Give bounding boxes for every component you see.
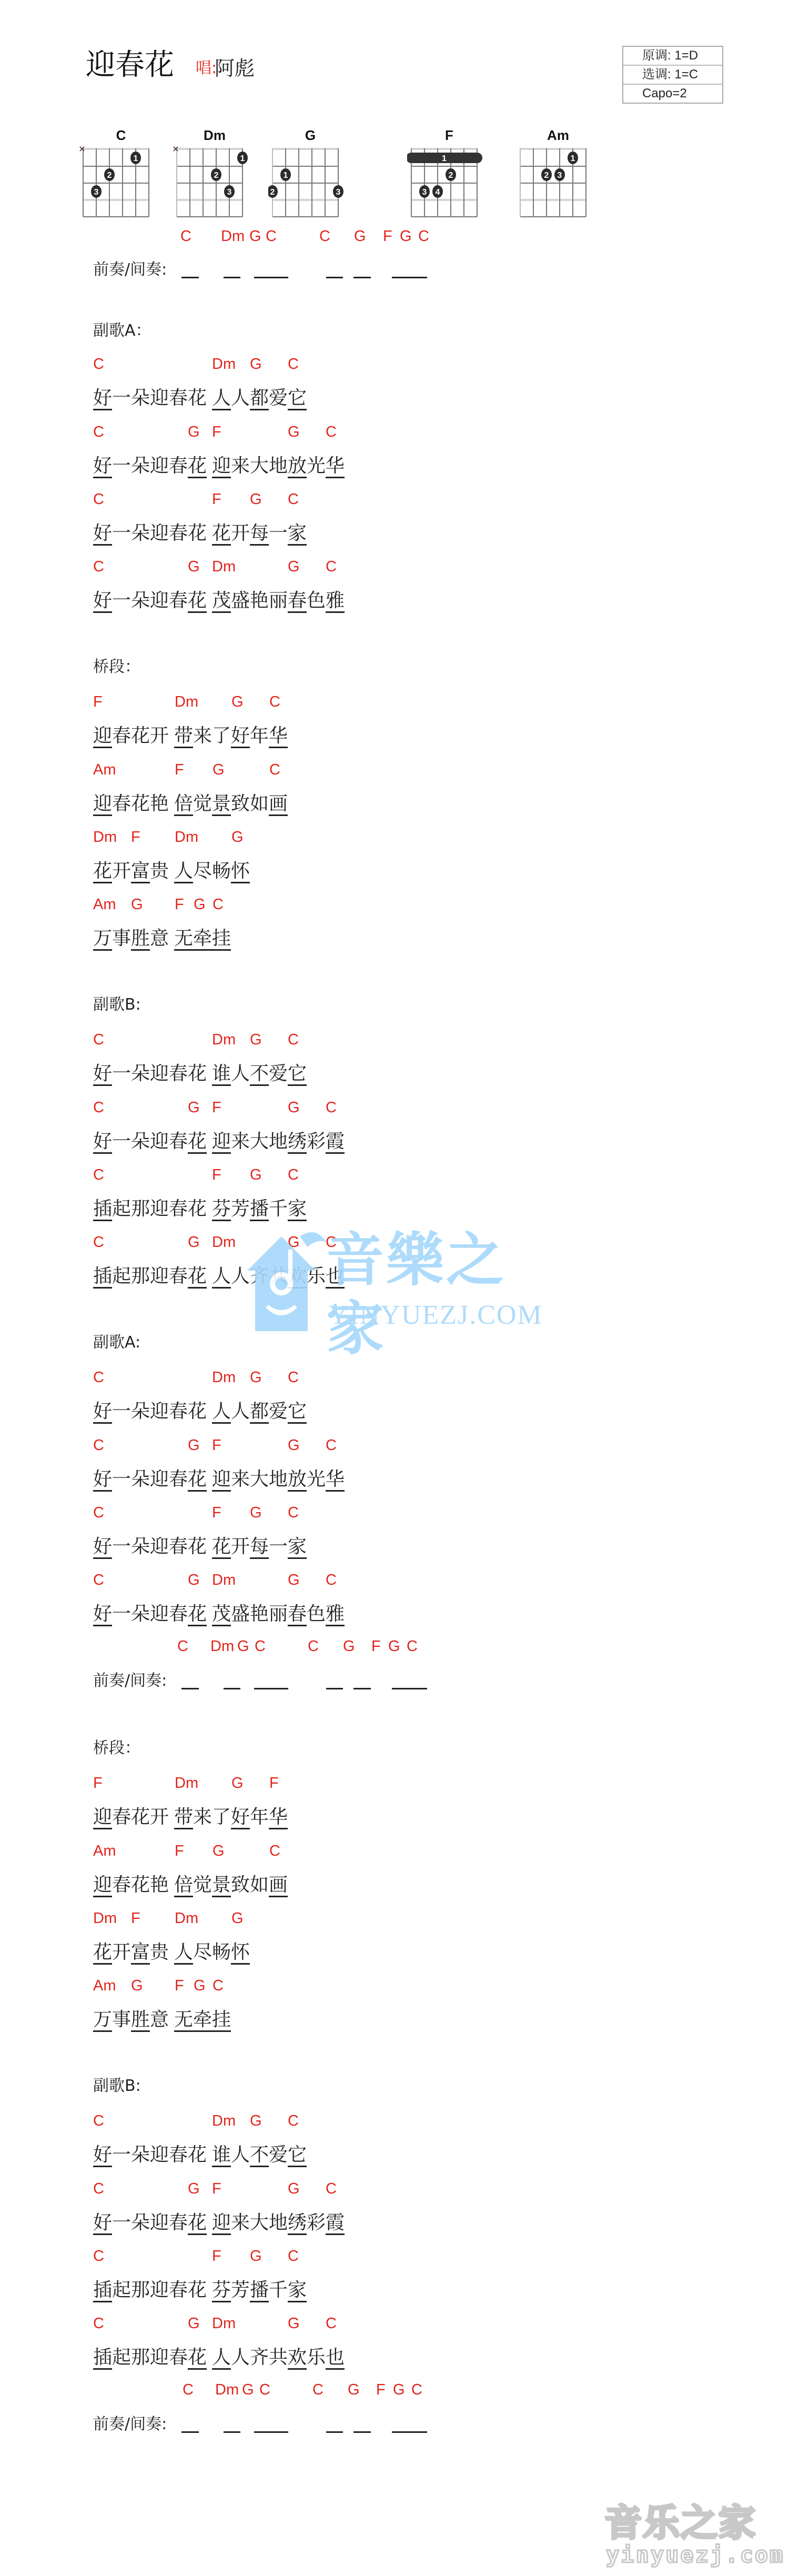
- beat-dash: [326, 277, 343, 278]
- chord-symbol: G: [348, 2382, 360, 2398]
- lyric-char: 花: [131, 726, 150, 747]
- chord-symbol: Am: [93, 897, 116, 912]
- chord-symbol: C: [288, 1167, 299, 1183]
- chord-diagram-name: G: [268, 127, 352, 144]
- lyric-line: 迎春花开带来了好年华: [93, 726, 288, 747]
- lyric-char: 共: [269, 2347, 288, 2368]
- lyric-char: 花: [188, 2280, 207, 2301]
- lyric-char: 来: [231, 1131, 250, 1152]
- lyric-char: 牵: [193, 2009, 212, 2032]
- lyric-char: 也: [326, 2347, 345, 2370]
- muted-string-x-icon: ×: [79, 145, 86, 154]
- chord-symbol: C: [93, 559, 104, 575]
- lyric-line: 好一朵迎春花花开每一家: [93, 1536, 307, 1557]
- lyric-char: 放: [288, 456, 307, 478]
- chord-symbol: G: [400, 228, 412, 244]
- lyric-char: 它: [288, 1401, 307, 1424]
- lyric-char: 好: [231, 726, 250, 748]
- lyric-line: 万事胜意无牵挂: [93, 2009, 231, 2030]
- chord-symbol: Dm: [212, 1370, 236, 1385]
- beat-dash: [353, 2431, 371, 2433]
- chord-symbol: G: [354, 228, 366, 244]
- lyric-char: 人: [231, 1063, 250, 1084]
- chord-symbol: C: [93, 2248, 104, 2264]
- chord-diagram-name: Am: [516, 127, 600, 144]
- lyric-char: 来: [231, 1469, 250, 1490]
- svg-text:1: 1: [442, 154, 447, 163]
- svg-text:2: 2: [107, 171, 112, 180]
- chord-symbol: Dm: [221, 228, 245, 244]
- lyric-char: 花: [212, 523, 231, 546]
- chord-symbol: G: [250, 2248, 262, 2264]
- lyric-char: 乐: [307, 2347, 326, 2368]
- chord-symbol: C: [288, 1032, 299, 1048]
- lyric-char: 千: [269, 1199, 288, 1220]
- lyric-char: 万: [93, 928, 112, 951]
- lyric-char: 每: [250, 1536, 269, 1559]
- lyric-char: 大: [250, 1131, 269, 1152]
- chord-symbol: G: [231, 1775, 244, 1791]
- lyric-line: 花开富贵人尽畅怀: [93, 1942, 250, 1963]
- lyric-char: 人: [231, 1401, 250, 1422]
- beat-dash: [326, 1688, 343, 1689]
- lyric-char: 如: [250, 793, 269, 814]
- chord-diagram-f: F1234: [407, 127, 491, 222]
- lyric-char: 富: [131, 861, 150, 883]
- lyric-char: 带: [174, 726, 193, 748]
- chord-symbol: F: [93, 1775, 103, 1791]
- lyric-char: 胜: [131, 928, 150, 951]
- lyric-char: 花: [131, 1875, 150, 1896]
- beat-dash: [254, 1688, 288, 1689]
- chord-symbol: Am: [93, 1843, 116, 1859]
- chord-symbol: C: [177, 1638, 188, 1654]
- lyric-char: 怀: [231, 861, 250, 883]
- lyric-char: 朵: [131, 2212, 150, 2233]
- lyric-char: 光: [307, 456, 326, 477]
- chord-symbol: C: [308, 1638, 319, 1654]
- lyric-char: 谁: [212, 2145, 231, 2167]
- chord-symbol: G: [393, 2382, 405, 2398]
- lyric-char: 大: [250, 2212, 269, 2233]
- lyric-char: 朵: [131, 1131, 150, 1152]
- lyric-char: 芬: [212, 2280, 231, 2302]
- chord-symbol: F: [212, 1437, 221, 1453]
- chord-symbol: G: [250, 1370, 262, 1385]
- chord-symbol: G: [343, 1638, 355, 1654]
- lyric-char: 景: [212, 1875, 231, 1897]
- svg-text:3: 3: [227, 188, 232, 197]
- beat-dash: [224, 2431, 240, 2433]
- lyric-char: 一: [112, 1469, 131, 1490]
- chord-symbol: G: [131, 897, 143, 912]
- chord-symbol: G: [188, 424, 200, 440]
- lyric-line: 花开富贵人尽畅怀: [93, 861, 250, 882]
- lyric-char: 迎: [150, 2145, 169, 2166]
- chord-symbol: G: [250, 1505, 262, 1521]
- lyric-char: 春: [169, 1266, 188, 1287]
- lyric-char: 春: [169, 1536, 188, 1557]
- lyric-char: 来: [193, 726, 212, 747]
- lyric-char: 迎: [150, 2347, 169, 2368]
- lyric-char: 好: [93, 1131, 112, 1154]
- lyric-char: 觉: [193, 1875, 212, 1896]
- chord-symbol: G: [188, 1234, 200, 1250]
- lyric-char: 朵: [131, 1604, 150, 1625]
- lyric-char: 畅: [212, 861, 231, 882]
- lyric-char: 牵: [193, 928, 212, 951]
- lyric-line: 插起那迎春花人人齐共欢乐也: [93, 2347, 345, 2368]
- lyric-char: 华: [326, 456, 345, 478]
- lyric-char: 人: [231, 2145, 250, 2166]
- lyric-char: 都: [250, 1401, 269, 1424]
- lyric-char: 插: [93, 1266, 112, 1289]
- lyric-char: 迎: [93, 793, 112, 816]
- lyric-char: 一: [112, 1401, 131, 1422]
- chord-symbol: Dm: [210, 1638, 234, 1654]
- lyric-char: 每: [250, 523, 269, 546]
- lyric-char: 花: [188, 1131, 207, 1154]
- chord-symbol: C: [312, 2382, 323, 2398]
- svg-text:1: 1: [240, 154, 245, 163]
- lyric-line: 迎春花艳倍觉景致如画: [93, 1875, 288, 1896]
- chord-symbol: F: [131, 1910, 140, 1926]
- lyric-char: 花: [188, 2347, 207, 2370]
- beat-dash: [181, 1688, 199, 1689]
- lyric-char: 迎: [150, 1401, 169, 1422]
- original-key: 原调: 1=D: [623, 47, 722, 66]
- lyric-char: 迎: [93, 1875, 112, 1897]
- chord-symbol: Am: [93, 762, 116, 778]
- chord-symbol: C: [93, 1032, 104, 1048]
- chord-symbol: G: [188, 2316, 200, 2331]
- watermark-bottom-en: yinyuezj.com: [606, 2543, 784, 2567]
- chord-symbol: F: [212, 424, 221, 440]
- chord-symbol: G: [242, 2382, 254, 2398]
- chord-symbol: C: [288, 491, 299, 507]
- lyric-char: 年: [250, 1807, 269, 1828]
- lyric-char: 色: [307, 590, 326, 611]
- fretboard-grid-icon: 123: [516, 145, 600, 219]
- lyric-char: 春: [169, 2347, 188, 2368]
- lyric-char: 来: [231, 456, 250, 477]
- lyric-char: 一: [112, 590, 131, 611]
- lyric-char: 起: [112, 1266, 131, 1287]
- lyric-char: 迎: [150, 590, 169, 611]
- lyric-char: 光: [307, 1469, 326, 1490]
- chord-symbol: C: [269, 1843, 280, 1859]
- lyric-char: 茂: [212, 590, 231, 613]
- chord-symbol: C: [326, 1572, 337, 1588]
- lyric-char: 春: [169, 523, 188, 544]
- lyric-char: 家: [288, 1536, 307, 1559]
- beat-dash: [181, 277, 199, 278]
- chord-diagram-dm: Dm×123: [173, 127, 257, 222]
- lyric-line: 好一朵迎春花迎来大地放光华: [93, 1469, 345, 1490]
- lyric-char: 那: [131, 1199, 150, 1220]
- lyric-char: 一: [112, 523, 131, 544]
- lyric-char: 迎: [150, 456, 169, 477]
- lyric-char: 花: [188, 1536, 207, 1557]
- lyric-char: 朵: [131, 590, 150, 611]
- lyric-char: 绣: [288, 2212, 307, 2235]
- lyric-char: 播: [250, 2280, 269, 2302]
- lyric-char: 无: [174, 2009, 193, 2032]
- lyric-char: 春: [169, 456, 188, 477]
- lyric-char: 迎: [93, 726, 112, 748]
- lyric-char: 花: [131, 1807, 150, 1828]
- singer-label: 唱:: [196, 59, 217, 78]
- lyric-char: 春: [169, 1199, 188, 1220]
- chord-symbol: G: [188, 1437, 200, 1453]
- lyric-char: 爱: [269, 1401, 288, 1422]
- section-label-bridge-2: 桥段：: [93, 1739, 140, 1757]
- beat-dash: [353, 277, 371, 278]
- lyric-char: 花: [188, 1469, 207, 1492]
- lyric-char: 它: [288, 388, 307, 410]
- chord-symbol: C: [93, 1167, 104, 1183]
- lyric-char: 华: [269, 726, 288, 748]
- lyric-char: 富: [131, 1942, 150, 1965]
- lyric-char: 画: [269, 1875, 288, 1897]
- chord-symbol: C: [288, 1505, 299, 1521]
- lyric-char: 开: [150, 1807, 169, 1828]
- lyric-char: 好: [231, 1807, 250, 1829]
- chord-symbol: C: [418, 228, 429, 244]
- lyric-char: 谁: [212, 1063, 231, 1086]
- chord-symbol: G: [288, 559, 300, 575]
- chord-symbol: G: [388, 1638, 400, 1654]
- svg-text:2: 2: [270, 188, 275, 197]
- lyric-char: 一: [112, 1604, 131, 1625]
- chord-symbol: C: [93, 2113, 104, 2129]
- chord-symbol: Dm: [212, 559, 236, 575]
- lyric-char: 起: [112, 2347, 131, 2368]
- lyric-char: 花: [188, 2212, 207, 2235]
- chord-symbol: F: [212, 2248, 221, 2264]
- lyric-char: 花: [188, 590, 207, 613]
- lyric-char: 花: [131, 793, 150, 814]
- chord-diagram-name: Dm: [173, 127, 257, 144]
- lyric-char: 霞: [326, 2212, 345, 2235]
- svg-text:3: 3: [558, 171, 562, 180]
- lyric-char: 爱: [269, 2145, 288, 2166]
- chord-symbol: C: [255, 1638, 266, 1654]
- lyric-char: 迎: [150, 388, 169, 409]
- lyric-char: 迎: [150, 1536, 169, 1557]
- lyric-char: 起: [112, 2280, 131, 2301]
- chord-symbol: F: [383, 228, 392, 244]
- lyric-char: 彩: [307, 1131, 326, 1152]
- lyric-char: 它: [288, 2145, 307, 2167]
- lyric-char: 家: [288, 523, 307, 546]
- chord-symbol: Dm: [175, 1775, 198, 1791]
- lyric-char: 好: [93, 590, 112, 613]
- lyric-char: 了: [212, 726, 231, 747]
- lyric-line: 好一朵迎春花迎来大地绣彩霞: [93, 2212, 345, 2233]
- lyric-char: 那: [131, 2280, 150, 2301]
- lyric-char: 了: [212, 1807, 231, 1828]
- chord-symbol: C: [269, 694, 280, 710]
- svg-text:3: 3: [94, 188, 99, 197]
- chord-symbol: F: [212, 1167, 221, 1183]
- lyric-line: 好一朵迎春花花开每一家: [93, 523, 307, 544]
- lyric-char: 春: [169, 1131, 188, 1152]
- beat-dash: [326, 2431, 343, 2433]
- chord-symbol: G: [188, 1100, 200, 1115]
- lyric-line: 好一朵迎春花迎来大地放光华: [93, 456, 345, 477]
- beat-dash: [181, 2431, 199, 2433]
- lyric-char: 尽: [193, 861, 212, 882]
- lyric-char: 艳: [150, 1875, 169, 1896]
- lyric-char: 盛: [231, 590, 250, 611]
- chord-symbol: C: [93, 1370, 104, 1385]
- lyric-char: 花: [188, 388, 207, 409]
- chord-symbol: Dm: [93, 829, 117, 845]
- lyric-char: 艳: [150, 793, 169, 814]
- lyric-char: 意: [150, 2009, 169, 2030]
- lyric-char: 迎: [212, 1469, 231, 1492]
- lyric-char: 花: [212, 1536, 231, 1559]
- lyric-char: 芬: [212, 1199, 231, 1221]
- chord-symbol: C: [326, 2316, 337, 2331]
- chord-symbol: C: [326, 424, 337, 440]
- chord-symbol: Dm: [175, 1910, 198, 1926]
- chord-symbol: C: [407, 1638, 418, 1654]
- lyric-char: 家: [288, 1199, 307, 1221]
- lyric-line: 好一朵迎春花茂盛艳丽春色雅: [93, 1604, 345, 1625]
- chord-symbol: F: [93, 694, 103, 710]
- chord-symbol: C: [288, 2113, 299, 2129]
- lyric-char: 春: [169, 1604, 188, 1625]
- chord-symbol: G: [231, 1910, 244, 1926]
- chord-symbol: F: [212, 1100, 221, 1115]
- lyric-char: 华: [326, 1469, 345, 1492]
- lyric-char: 事: [112, 928, 131, 949]
- lyric-char: 一: [112, 456, 131, 477]
- chord-symbol: G: [250, 2113, 262, 2129]
- chord-symbol: C: [326, 1437, 337, 1453]
- lyric-char: 一: [112, 388, 131, 409]
- lyric-char: 迎: [150, 523, 169, 544]
- chord-symbol: F: [212, 2181, 221, 2197]
- chord-symbol: F: [175, 897, 184, 912]
- lyric-char: 倍: [174, 793, 193, 816]
- watermark-center: 音樂之家 YINYUEZJ.COM: [237, 1221, 542, 1336]
- singer-name: 阿彪: [215, 57, 255, 80]
- lyric-char: 觉: [193, 793, 212, 814]
- lyric-char: 茂: [212, 1604, 231, 1626]
- beat-dash: [254, 2431, 288, 2433]
- lyric-char: 齐: [250, 2347, 269, 2368]
- lyric-char: 朵: [131, 1469, 150, 1490]
- lyric-char: 致: [231, 1875, 250, 1896]
- chord-symbol: C: [269, 762, 280, 778]
- chord-diagram-g: G123: [268, 127, 352, 222]
- chord-symbol: F: [212, 1505, 221, 1521]
- lyric-char: 春: [112, 726, 131, 747]
- lyric-char: 迎: [150, 1131, 169, 1152]
- lyric-char: 春: [169, 1469, 188, 1490]
- lyric-char: 来: [193, 1807, 212, 1828]
- lyric-char: 迎: [150, 1063, 169, 1084]
- chord-symbol: Dm: [212, 356, 236, 372]
- fretboard-grid-icon: ×123: [173, 145, 257, 219]
- chord-symbol: C: [93, 2316, 104, 2331]
- lyric-char: 年: [250, 726, 269, 747]
- chord-symbol: Dm: [212, 2316, 236, 2331]
- chord-symbol: G: [188, 559, 200, 575]
- chord-symbol: G: [250, 491, 262, 507]
- chord-symbol: C: [93, 1234, 104, 1250]
- lyric-char: 好: [93, 1401, 112, 1424]
- lyric-char: 花: [188, 1604, 207, 1626]
- lyric-char: 春: [169, 388, 188, 409]
- lyric-char: 挂: [212, 928, 231, 951]
- lyric-char: 春: [169, 1063, 188, 1084]
- chord-symbol: G: [213, 1843, 225, 1859]
- lyric-char: 一: [112, 2145, 131, 2166]
- lyric-char: 朵: [131, 456, 150, 477]
- chord-symbol: C: [259, 2382, 270, 2398]
- chord-symbol: C: [93, 491, 104, 507]
- lyric-char: 人: [174, 861, 193, 883]
- lyric-char: 好: [93, 1604, 112, 1626]
- lyric-char: 一: [112, 2212, 131, 2233]
- lyric-char: 色: [307, 1604, 326, 1625]
- chord-symbol: Dm: [93, 1910, 117, 1926]
- watermark-bottom-cn: 音乐之家: [605, 2502, 756, 2544]
- svg-text:1: 1: [571, 154, 575, 163]
- lyric-line: 万事胜意无牵挂: [93, 928, 231, 949]
- lyric-char: 好: [93, 1063, 112, 1086]
- chord-symbol: C: [93, 356, 104, 372]
- svg-text:2: 2: [449, 171, 453, 180]
- lyric-char: 花: [188, 1266, 207, 1289]
- chord-symbol: Am: [93, 1978, 116, 1994]
- lyric-char: 春: [112, 1807, 131, 1828]
- lyric-char: 迎: [150, 1266, 169, 1287]
- chord-symbol: F: [269, 1775, 279, 1791]
- chord-symbol: C: [411, 2382, 422, 2398]
- lyric-char: 一: [112, 1063, 131, 1084]
- lyric-char: 挂: [212, 2009, 231, 2032]
- lyric-char: 倍: [174, 1875, 193, 1897]
- lyric-char: 它: [288, 1063, 307, 1086]
- lyric-char: 无: [174, 928, 193, 951]
- lyric-char: 好: [93, 388, 112, 410]
- lyric-line: 好一朵迎春花迎来大地绣彩霞: [93, 1131, 345, 1152]
- lyric-char: 好: [93, 523, 112, 546]
- lyric-char: 一: [269, 1536, 288, 1557]
- lyric-char: 迎: [150, 2280, 169, 2301]
- chord-symbol: G: [288, 2316, 300, 2331]
- lyric-char: 来: [231, 2212, 250, 2233]
- lyric-char: 爱: [269, 388, 288, 409]
- lyric-char: 霞: [326, 1131, 345, 1154]
- lyric-char: 盛: [231, 1604, 250, 1625]
- beat-dash: [254, 277, 288, 278]
- chord-symbol: F: [175, 1978, 184, 1994]
- lyric-char: 开: [112, 1942, 131, 1963]
- chord-symbol: Dm: [215, 2382, 239, 2398]
- chord-symbol: G: [249, 228, 261, 244]
- lyric-char: 春: [169, 590, 188, 611]
- lyric-char: 春: [169, 2145, 188, 2166]
- chord-symbol: G: [288, 2181, 300, 2197]
- lyric-char: 迎: [150, 2212, 169, 2233]
- lyric-char: 丽: [269, 590, 288, 611]
